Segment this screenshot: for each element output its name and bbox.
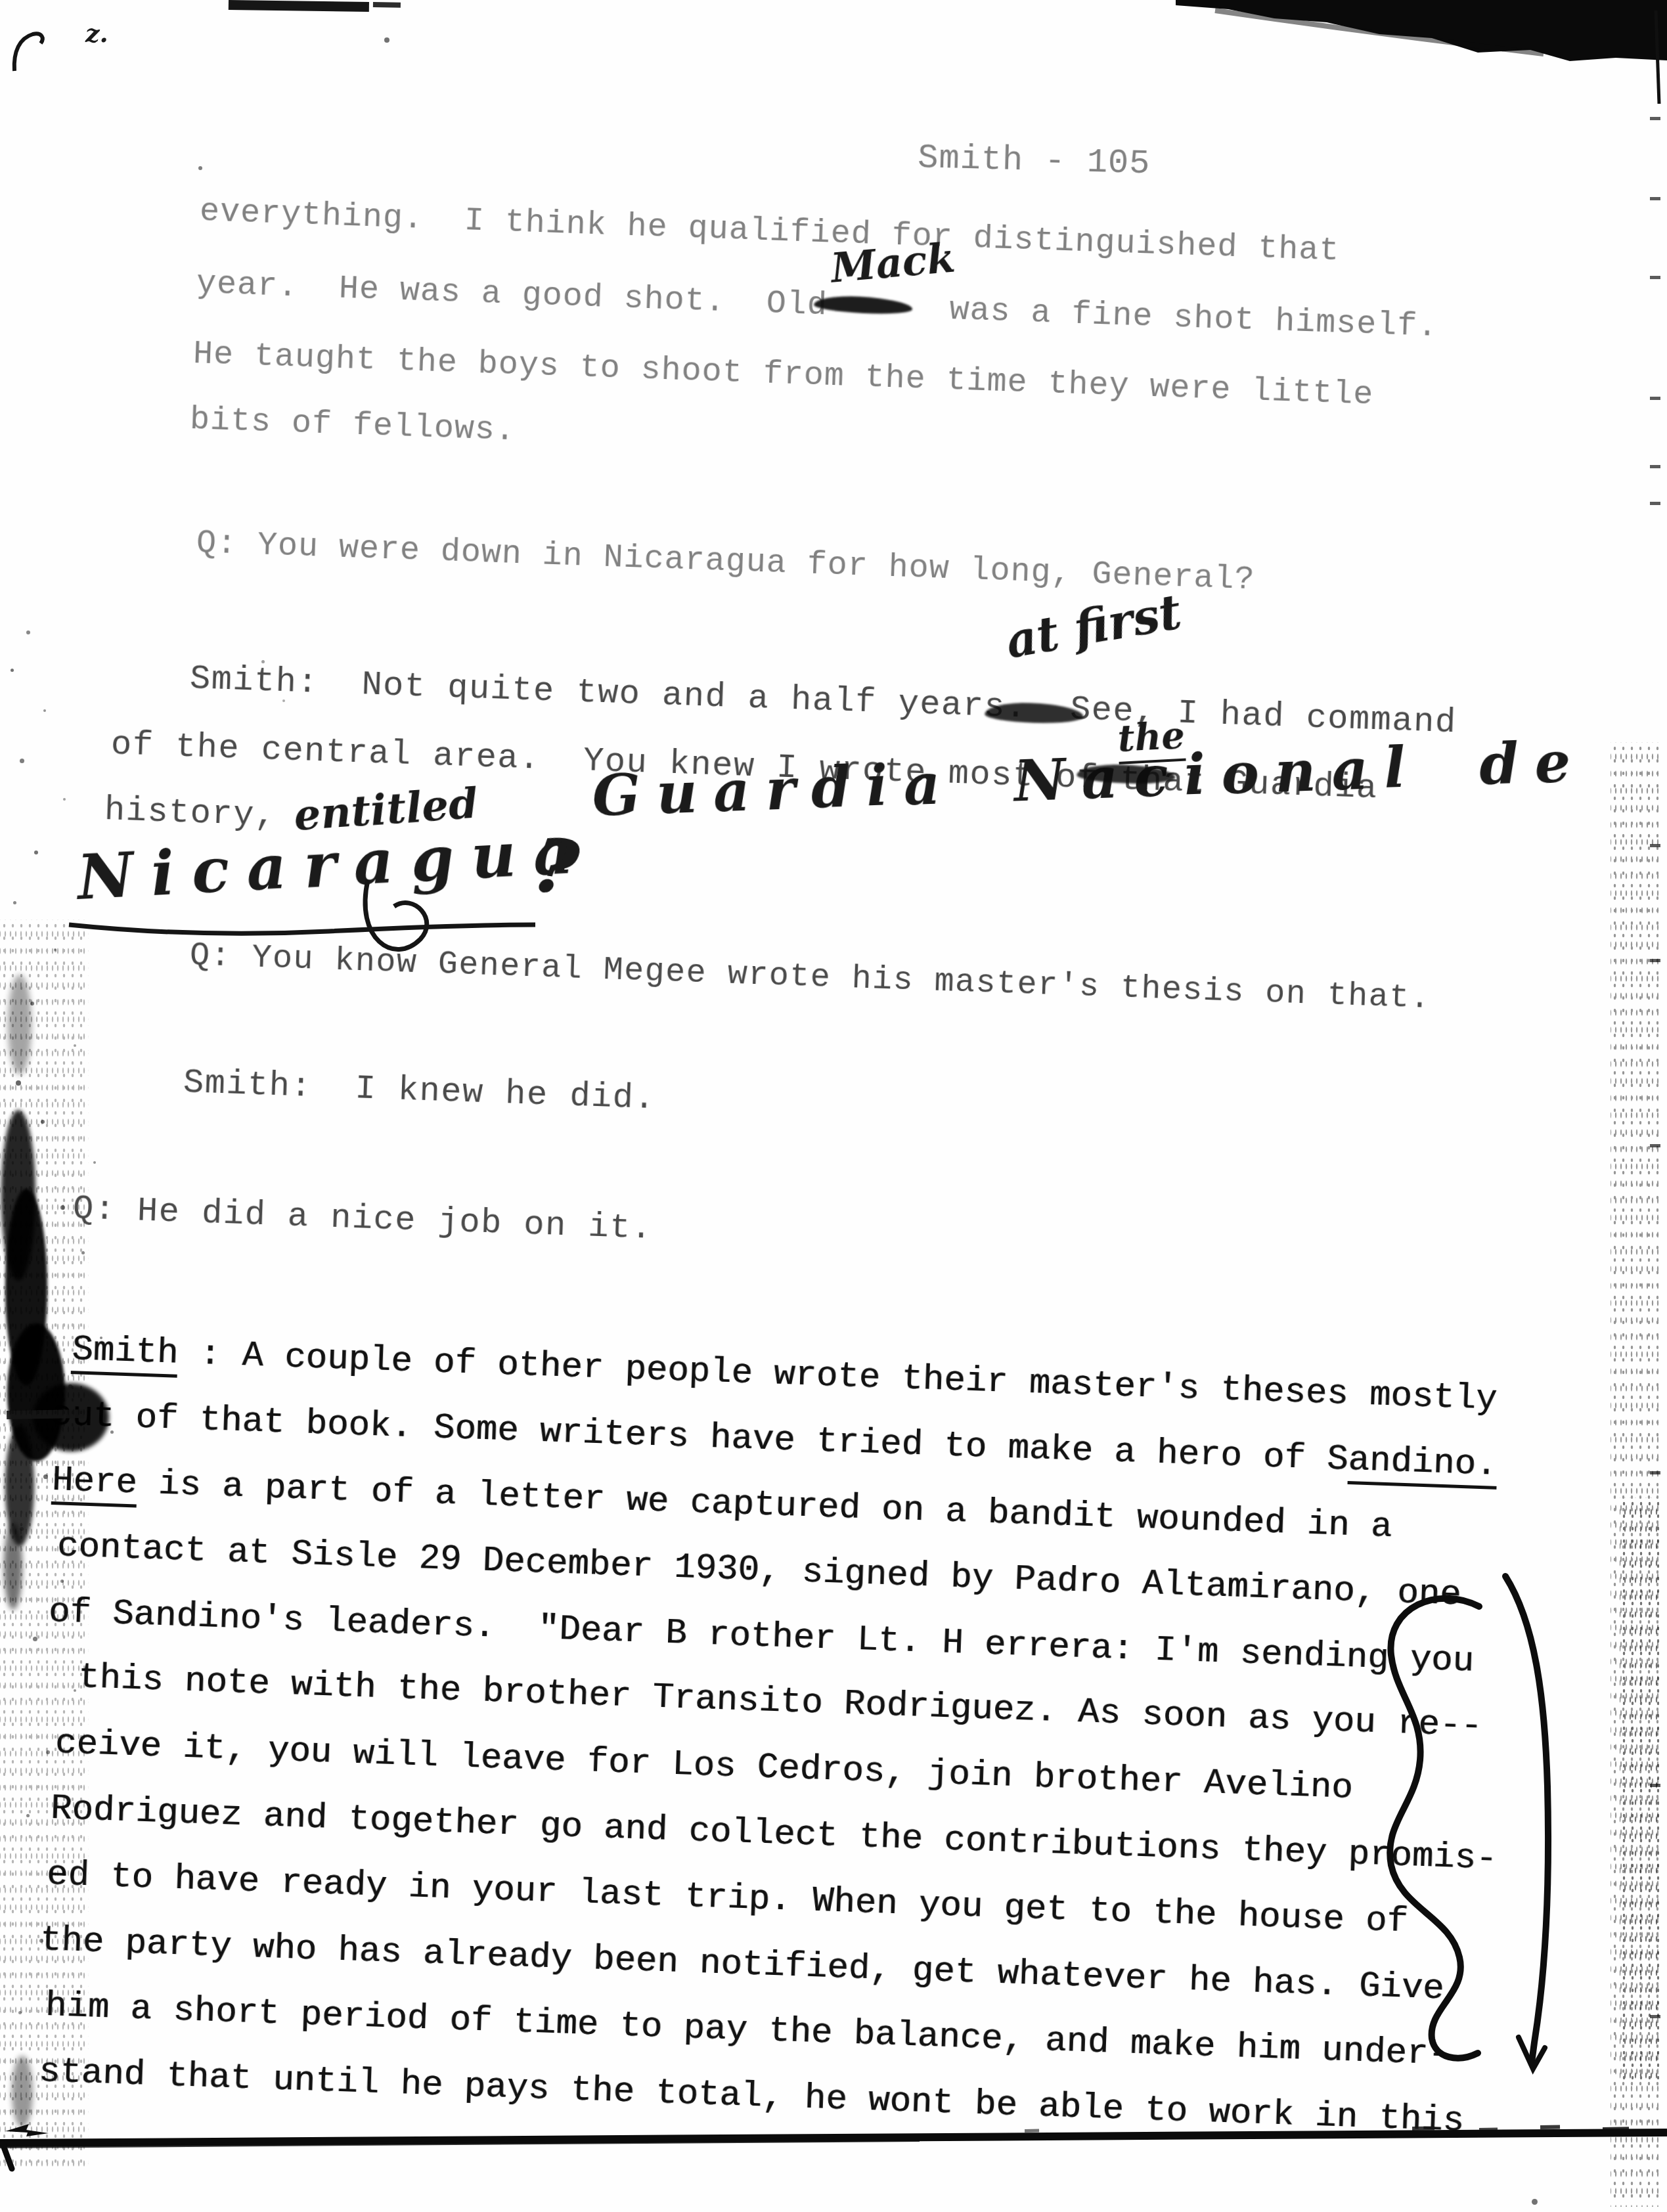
nicaragua-underline-swash — [69, 925, 535, 933]
margin-pen-arrow-stroke — [1505, 1576, 1548, 2062]
left-arrow-smudge — [5, 2124, 49, 2136]
cursive-descender-loop — [365, 880, 427, 950]
margin-wavy-brace — [1390, 1599, 1479, 2058]
pen-and-artifact-overlay — [0, 0, 1667, 2212]
scanner-band-top-right — [1176, 0, 1667, 61]
scanned-page: Smith - 105 everything. I think he quali… — [0, 0, 1667, 2212]
top-left-hook-mark — [14, 33, 43, 71]
